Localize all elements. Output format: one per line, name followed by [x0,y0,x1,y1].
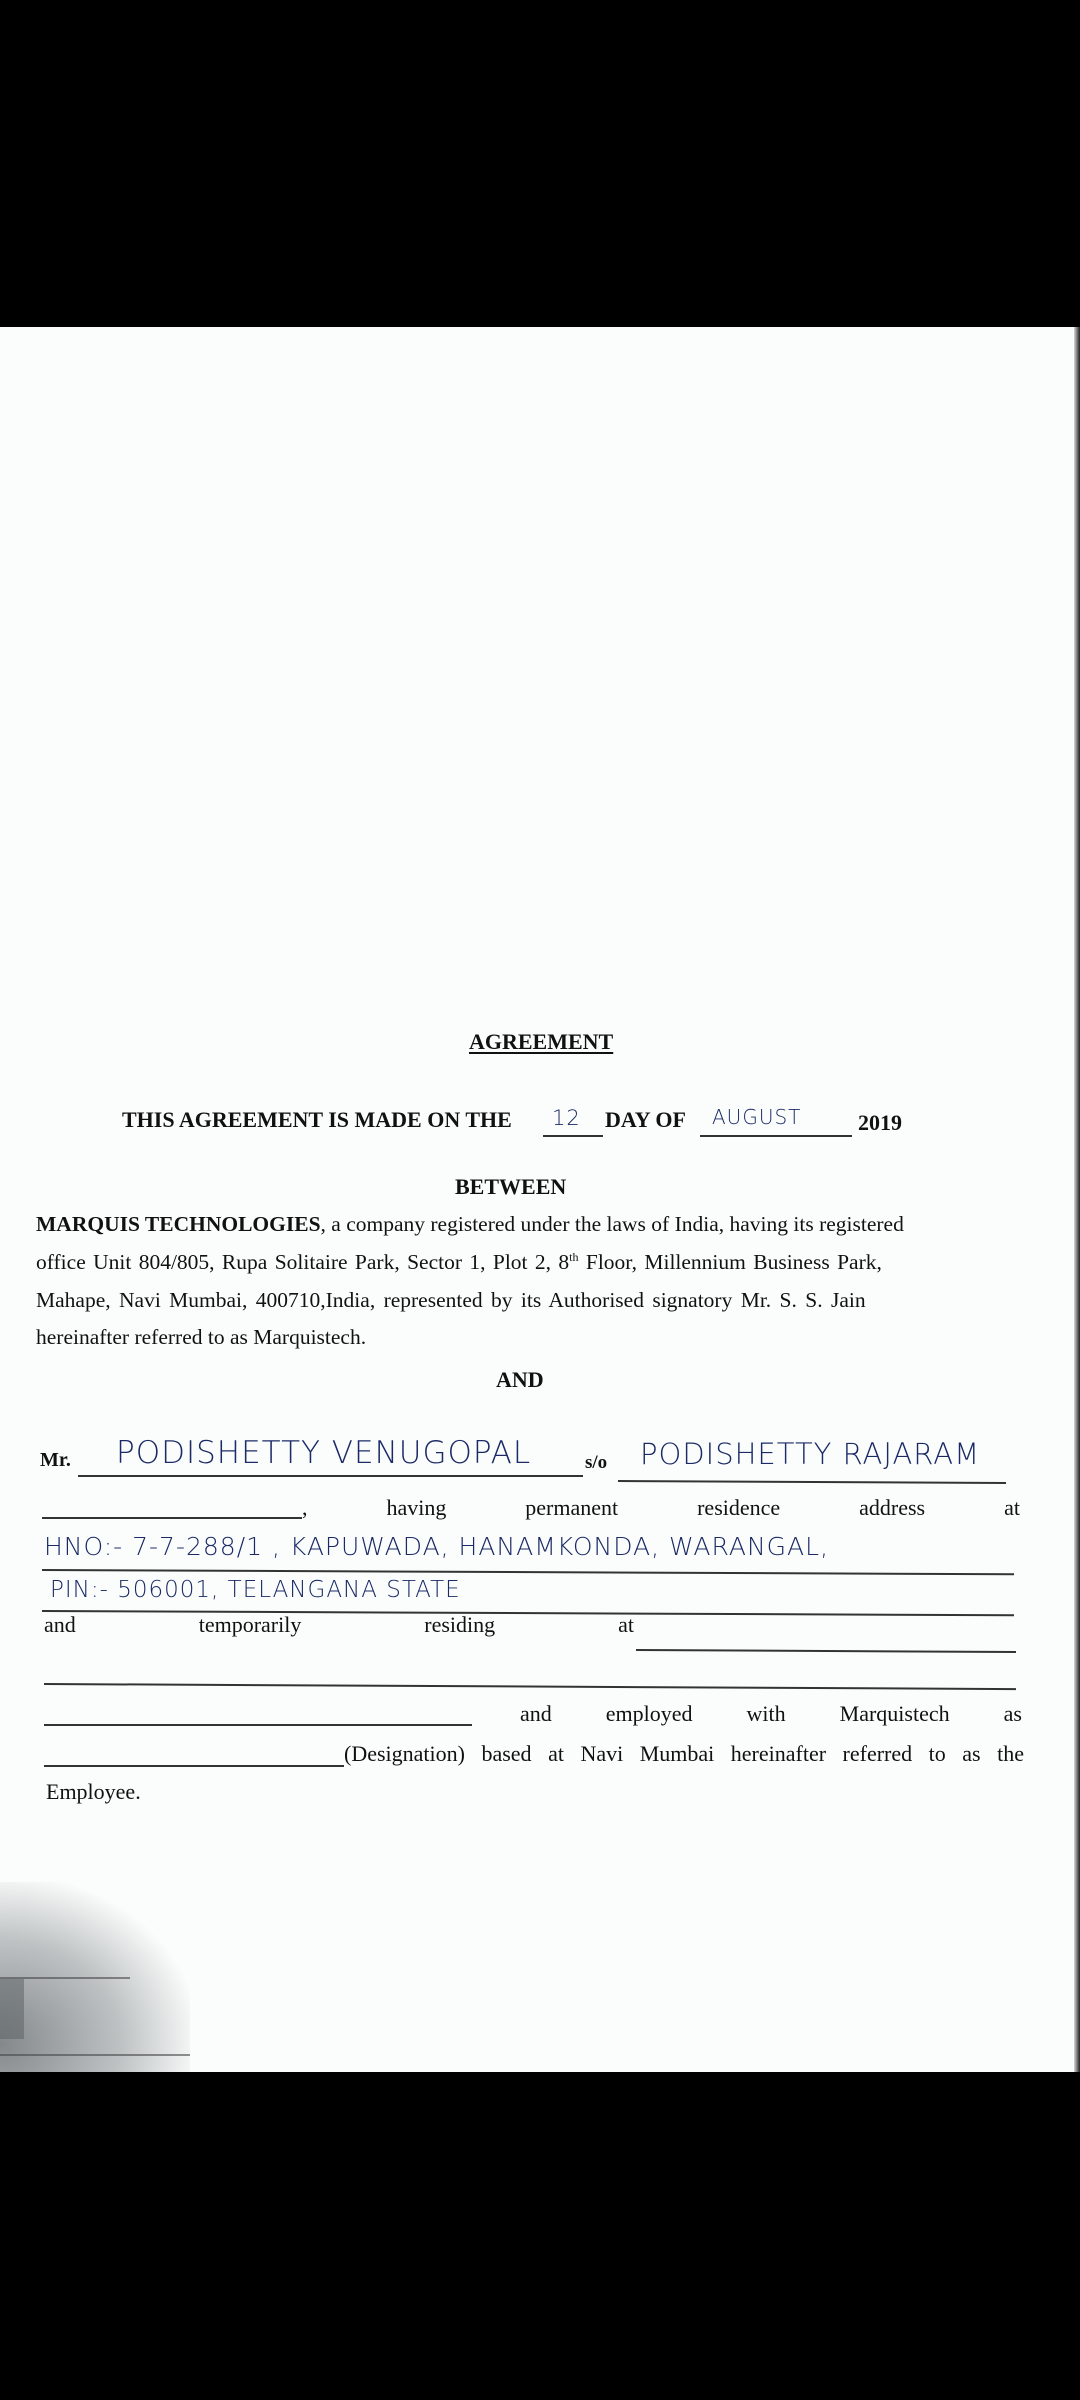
day-of-label: DAY OF [605,1107,686,1133]
continuation-blank-line [42,1517,302,1519]
party1-line-3: Mahape, Navi Mumbai, 400710,India, repre… [36,1288,866,1313]
month-handwritten: AUGUST [712,1105,801,1129]
designation-row: (Designation) based at Navi Mumbai herei… [344,1741,1024,1767]
word-permanent: permanent [525,1495,618,1521]
word-at: at [548,1741,564,1767]
word-and: and [44,1612,76,1638]
mr-label: Mr. [40,1449,71,1472]
employed-row: and employed with Marquistech as [520,1701,1022,1727]
name-blank-line [78,1475,583,1477]
temp-address-line-2 [44,1683,1016,1690]
address-line-1 [42,1569,1014,1575]
temp-address-line-3 [44,1724,472,1726]
day-blank-line [543,1135,603,1137]
word-as: as [1004,1701,1022,1727]
word-navi: Navi [580,1741,623,1767]
word-residing: residing [424,1612,495,1638]
document-photo: AGREEMENT THIS AGREEMENT IS MADE ON THE … [0,327,1080,2072]
word-the: the [997,1741,1024,1767]
address-handwritten-1: HNO:- 7-7-288/1 , KAPUWADA, HANAMKONDA, … [44,1532,829,1561]
word-to: to [929,1741,946,1767]
designation-blank-line [44,1765,344,1767]
word-having: having [386,1495,446,1521]
agreement-title: AGREEMENT [469,1029,613,1055]
word-employed: employed [606,1701,693,1727]
word-as: as [962,1741,980,1767]
year-text: 2019 [858,1110,902,1136]
temporary-residence-row: and temporarily residing at [44,1612,634,1638]
employee-name-handwritten: PODISHETTY VENUGOPAL [116,1435,531,1471]
party1-text-1: , a company registered under the laws of… [321,1212,904,1236]
party1-line-1: MARQUIS TECHNOLOGIES, a company register… [36,1212,904,1237]
temp-address-line-1 [636,1649,1016,1652]
so-label: s/o [585,1452,607,1474]
address-handwritten-2: PIN:- 506001, TELANGANA STATE [50,1577,461,1603]
word-designation: (Designation) [344,1741,465,1767]
shadow-edge-line [0,1977,130,1979]
party1-name: MARQUIS TECHNOLOGIES [36,1212,321,1236]
word-residence: residence [697,1495,780,1521]
word-at: at [1004,1495,1020,1521]
between-heading: BETWEEN [455,1174,566,1200]
employee-label: Employee. [46,1779,141,1805]
comma: , [302,1495,308,1521]
word-with: with [747,1701,786,1727]
word-based: based [481,1741,531,1767]
day-handwritten: 12 [552,1106,581,1130]
word-mumbai: Mumbai [640,1741,715,1767]
superscript-th: th [569,1250,578,1264]
father-blank-line [618,1480,1006,1484]
word-marquistech: Marquistech [840,1701,950,1727]
paper-edge [1074,327,1080,2072]
shadow-edge-line [0,2054,190,2056]
permanent-address-row: , having permanent residence address at [302,1495,1020,1521]
word-at: at [618,1612,634,1638]
word-hereinafter: hereinafter [731,1741,826,1767]
party1-line-4: hereinafter referred to as Marquistech. [36,1325,366,1350]
month-blank-line [700,1135,852,1137]
word-temporarily: temporarily [199,1612,302,1638]
shadow-object [0,1979,24,2039]
word-and: and [520,1701,552,1727]
party1-text-2: office Unit 804/805, Rupa Solitaire Park… [36,1250,569,1274]
party1-text-3: Floor, Millennium Business Park, [579,1250,882,1274]
made-on-prefix: THIS AGREEMENT IS MADE ON THE [122,1107,512,1133]
father-name-handwritten: PODISHETTY RAJARAM [640,1437,980,1471]
and-heading: AND [496,1367,544,1393]
word-address: address [859,1495,925,1521]
word-referred: referred [843,1741,913,1767]
party1-line-2: office Unit 804/805, Rupa Solitaire Park… [36,1250,882,1275]
